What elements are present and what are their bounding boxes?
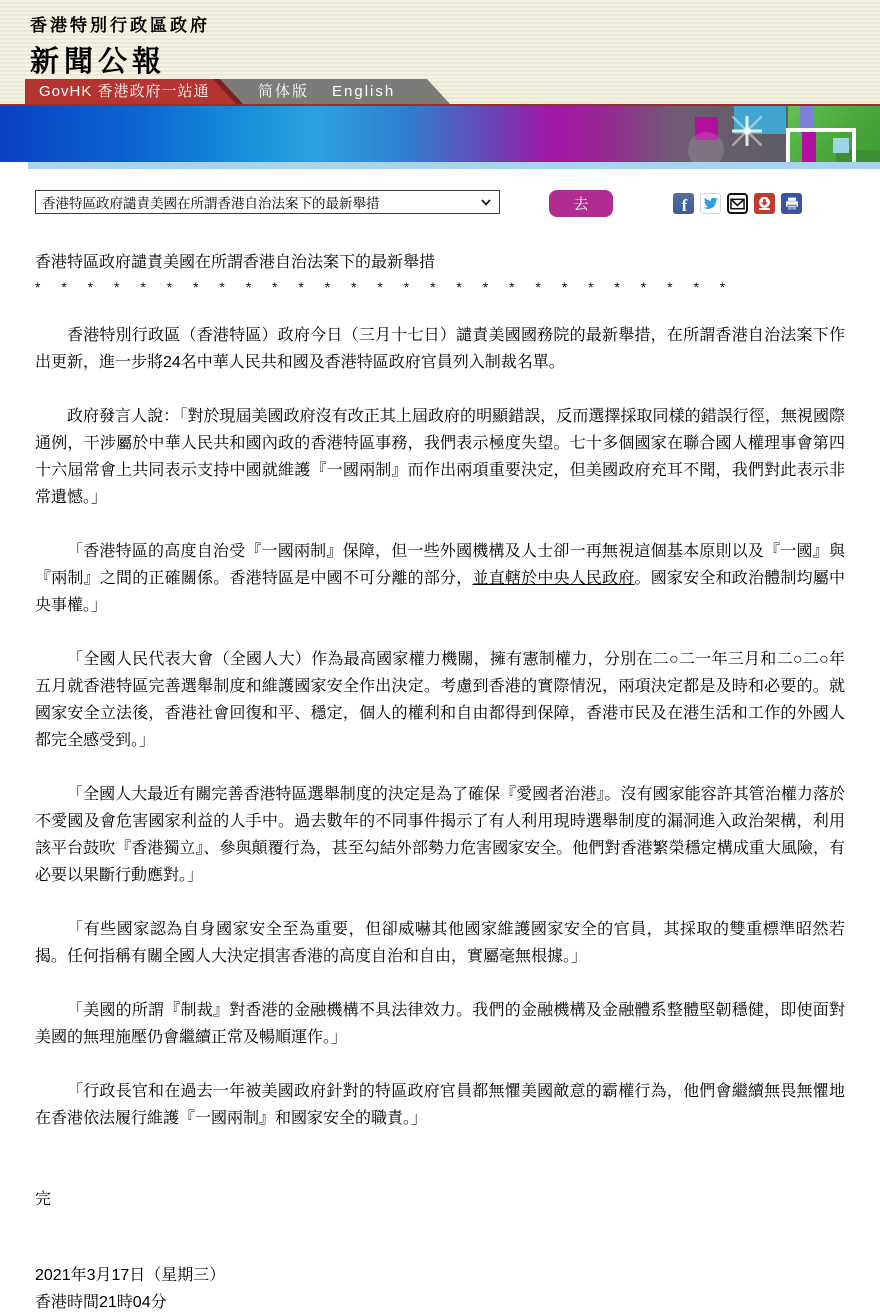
download-arrow-icon (756, 195, 773, 212)
facebook-icon[interactable]: f (673, 193, 694, 214)
paragraph-4: 「全國人民代表大會（全國人大）作為最高國家權力機關，擁有憲制權力，分別在二○二一… (35, 646, 845, 754)
share-bar: f (673, 193, 802, 214)
release-date: 2021年3月17日（星期三） (35, 1262, 845, 1289)
masthead: 香港特別行政區政府 新聞公報 (0, 0, 880, 79)
asterisk-separator: * * * * * * * * * * * * * * * * * * * * … (35, 279, 845, 295)
paragraph-5: 「全國人大最近有關完善香港特區選舉制度的決定是為了確保『愛國者治港』。沒有國家能… (35, 781, 845, 889)
save-icon[interactable] (754, 193, 775, 214)
date-block: 2021年3月17日（星期三） 香港時間21時04分 (35, 1262, 845, 1316)
paragraph-7: 「美國的所謂『制裁』對香港的金融機構不具法律效力。我們的金融機構及金融體系整體堅… (35, 997, 845, 1051)
paragraph-6: 「有些國家認為自身國家安全至為重要，但卻威嚇其他國家維護國家安全的官員，其採取的… (35, 916, 845, 970)
banner-frame-magenta-stripe (802, 132, 816, 162)
release-time: 香港時間21時04分 (35, 1289, 845, 1316)
twitter-icon[interactable] (700, 193, 721, 214)
chevron-down-icon (481, 197, 491, 207)
banner-bottom-strip (28, 162, 880, 169)
paragraph-8: 「行政長官和在過去一年被美國政府針對的特區政府官員都無懼美國敵意的霸權行為，他們… (35, 1078, 845, 1132)
toolbar: 香港特區政府譴責美國在所謂香港自治法案下的最新舉措 去 f (35, 190, 880, 220)
print-icon[interactable] (781, 193, 802, 214)
banner-circle (688, 132, 724, 162)
top-nav-bar: GovHK 香港政府一站通 简体版 English (0, 79, 880, 104)
nav-govhk-tab[interactable]: GovHK 香港政府一站通 (25, 79, 236, 104)
decorative-banner (0, 106, 880, 162)
printer-icon (784, 196, 800, 212)
paragraph-3-underlined: 並直轄於中央人民政府 (473, 570, 635, 587)
press-release-select-value: 香港特區政府譴責美國在所謂香港自治法案下的最新舉措 (42, 192, 380, 212)
twitter-bird-icon (702, 195, 719, 212)
nav-english-link[interactable]: English (332, 79, 395, 104)
paragraph-1: 香港特別行政區（香港特區）政府今日（三月十七日）譴責美國國務院的最新舉措，在所謂… (35, 322, 845, 376)
article-title: 香港特區政府譴責美國在所謂香港自治法案下的最新舉措 (35, 249, 845, 272)
banner-lightblue-square (833, 138, 849, 153)
paragraph-2: 政府發言人說：「對於現屆美國政府沒有改正其上屆政府的明顯錯誤，反而選擇採取同樣的… (35, 403, 845, 511)
go-button[interactable]: 去 (549, 190, 613, 217)
site-title: 新聞公報 (30, 39, 880, 80)
nav-simplified-chinese-link[interactable]: 简体版 (258, 79, 309, 104)
banner-sparkle-icon (732, 116, 762, 146)
end-mark: 完 (35, 1186, 845, 1209)
email-icon[interactable] (727, 193, 748, 214)
envelope-icon (730, 198, 745, 210)
paragraph-3: 「香港特區的高度自治受『一國兩制』保障，但一些外國機構及人士卻一再無視這個基本原… (35, 538, 845, 619)
government-name: 香港特別行政區政府 (30, 0, 880, 36)
press-release-select[interactable]: 香港特區政府譴責美國在所謂香港自治法案下的最新舉措 (35, 190, 500, 214)
article: 香港特區政府譴責美國在所謂香港自治法案下的最新舉措 * * * * * * * … (35, 249, 845, 1316)
